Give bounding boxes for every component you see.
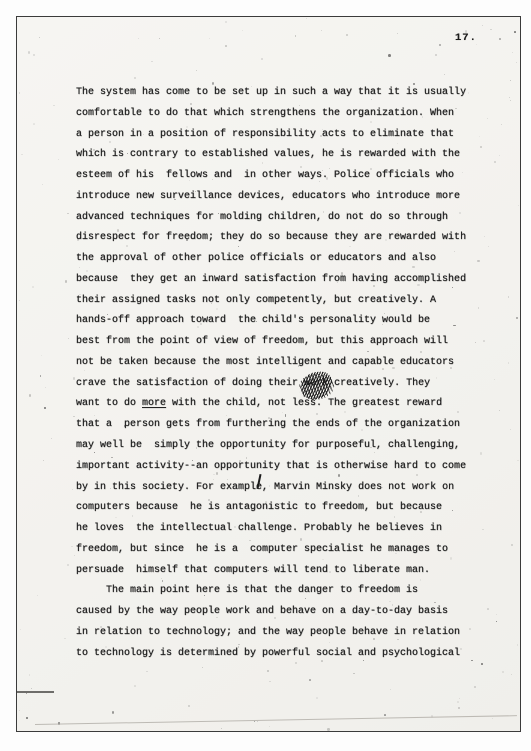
text-segment: want to do (76, 398, 142, 409)
underlined-word: more (142, 398, 166, 409)
text-line: introduce new surveillance devices, educ… (76, 187, 496, 208)
speck (390, 689, 391, 690)
speck (151, 61, 153, 63)
speck (20, 629, 21, 630)
speck (26, 717, 28, 718)
paper: 17. The system has come to be set up in … (17, 17, 520, 731)
speck (510, 100, 511, 101)
text-segment: important activity--an opportunity that … (76, 461, 466, 472)
scan-edge-line (35, 715, 517, 725)
text-segment: freedom, but since he is a computer spec… (76, 544, 448, 555)
speck (134, 77, 136, 79)
text-line: crave the satisfaction of doing their wo… (76, 374, 496, 395)
text-segment: he loves the intellectual challenge. Pro… (76, 523, 442, 534)
text-line: want to do more with the child, not less… (76, 394, 496, 415)
text-line: computers because he is antagonistic to … (76, 498, 496, 519)
speck (202, 667, 203, 668)
text-line: he loves the intellectual challenge. Pro… (76, 519, 496, 540)
speck (28, 51, 30, 53)
speck (444, 74, 445, 76)
speck (67, 213, 68, 214)
speck (516, 317, 518, 318)
speck (269, 681, 271, 682)
pen-marked-letter: e (256, 478, 262, 499)
speck (71, 546, 72, 547)
text-segment: computers because he is antagonistic to … (76, 502, 442, 513)
text-line: The main point here is that the danger t… (76, 581, 496, 602)
text-line: comfortable to do that which strengthens… (76, 104, 496, 125)
speck (112, 711, 114, 713)
text-line: a person in a position of responsibility… (76, 125, 496, 146)
text-segment: best from the point of view of freedom, … (76, 336, 448, 347)
speck (159, 38, 160, 39)
text-segment: disrespect for freedom; they do so becau… (76, 232, 466, 243)
speck (306, 18, 307, 19)
speck (510, 429, 511, 430)
speck (261, 58, 263, 60)
text-segment: The main point here is that the danger t… (76, 585, 418, 596)
speck (517, 460, 518, 461)
text-segment: because they get an inward satisfaction … (76, 274, 466, 285)
page-number: 17. (455, 32, 477, 44)
text-line: disrespect for freedom; they do so becau… (76, 228, 496, 249)
text-line: by in this society. For example, Marvin … (76, 478, 496, 499)
text-segment: their assigned tasks not only competentl… (76, 295, 436, 306)
speck (40, 375, 42, 377)
speck (29, 674, 30, 676)
speck (327, 728, 329, 730)
speck (65, 280, 67, 282)
speck (397, 33, 399, 35)
speck (37, 595, 38, 596)
text-line: best from the point of view of freedom, … (76, 332, 496, 353)
text-segment: a person in a position of responsibility… (76, 129, 454, 140)
text-segment: caused by the way people work and behave… (76, 606, 448, 617)
text-line: persuade himself that computers will ten… (76, 561, 496, 582)
speck (502, 671, 504, 673)
text-segment: The system has come to be set up in such… (76, 87, 466, 98)
text-segment: by in this society. For exampl (76, 482, 256, 493)
text-segment: crave the satisfaction of doing their (76, 378, 304, 389)
text-line: hands-off approach toward the child's pe… (76, 311, 496, 332)
speck (316, 697, 318, 699)
speck (73, 416, 75, 417)
scribbled-out-word: work (304, 374, 328, 395)
speck (33, 123, 35, 125)
speck (353, 673, 355, 675)
speck (499, 410, 500, 411)
speck (138, 38, 139, 39)
speck (309, 679, 311, 681)
text-segment: , Marvin Minsky does not work on (262, 482, 454, 493)
speck (511, 674, 512, 675)
speck (499, 38, 501, 40)
speck (474, 686, 476, 688)
text-line: not be taken because the most intelligen… (76, 353, 496, 374)
speck (321, 30, 322, 31)
text-segment: creatively. They (328, 378, 430, 389)
speck (257, 721, 258, 722)
speck (496, 621, 497, 622)
speck (517, 644, 519, 646)
speck (42, 184, 44, 185)
speck (511, 544, 513, 546)
text-segment: to technology is determined by powerful … (76, 648, 460, 659)
scanned-page: 17. The system has come to be set up in … (16, 16, 521, 732)
speck (188, 705, 190, 708)
text-segment: hands-off approach toward the child's pe… (76, 315, 430, 326)
speck (439, 44, 441, 46)
text-segment: the approval of other police officials o… (76, 253, 436, 264)
text-segment: advanced techniques for molding children… (76, 212, 448, 223)
speck (58, 159, 59, 160)
typewritten-text: The system has come to be set up in such… (76, 83, 496, 664)
text-line: advanced techniques for molding children… (76, 208, 496, 229)
speck (267, 670, 269, 673)
speck (31, 688, 32, 689)
speck (512, 52, 514, 53)
speck (225, 45, 227, 47)
text-line: may well be simply the opportunity for p… (76, 436, 496, 457)
text-segment: not be taken because the most intelligen… (76, 357, 454, 368)
speck (388, 54, 390, 57)
speck (26, 693, 27, 694)
speck (51, 438, 52, 439)
speck (225, 21, 227, 23)
speck (384, 714, 386, 716)
text-line: which is contrary to established values,… (76, 145, 496, 166)
speck (295, 35, 297, 37)
text-line: because they get an inward satisfaction … (76, 270, 496, 291)
speck (490, 29, 491, 30)
text-line: freedom, but since he is a computer spec… (76, 540, 496, 561)
speck (19, 300, 20, 301)
speck (458, 707, 460, 709)
speck (72, 489, 73, 490)
text-segment: persuade himself that computers will ten… (76, 565, 430, 576)
text-line: the approval of other police officials o… (76, 249, 496, 270)
screenshot-root: { "page": { "number": "17." }, "document… (0, 0, 531, 751)
speck (209, 38, 210, 39)
speck (19, 710, 20, 712)
speck (33, 54, 35, 55)
text-line: The system has come to be set up in such… (76, 83, 496, 104)
speck (41, 355, 42, 356)
speck (457, 701, 459, 703)
speck (509, 97, 510, 98)
speck (516, 62, 517, 63)
speck (459, 698, 460, 699)
speck (492, 718, 493, 719)
text-line: esteem of his fellows and in other ways.… (76, 166, 496, 187)
speck (242, 30, 243, 31)
speck (221, 728, 222, 729)
speck (510, 80, 511, 81)
speck (68, 338, 69, 340)
speck (21, 154, 22, 155)
speck (482, 25, 483, 27)
text-line: their assigned tasks not only competentl… (76, 291, 496, 312)
speck (508, 362, 509, 363)
text-segment: which is contrary to established values,… (76, 149, 460, 160)
speck (74, 555, 75, 556)
speck (514, 31, 516, 33)
speck (32, 286, 34, 288)
text-segment: introduce new surveillance devices, educ… (76, 191, 460, 202)
speck (508, 296, 509, 297)
speck (67, 564, 69, 566)
text-line: to technology is determined by powerful … (76, 644, 496, 665)
speck (64, 638, 66, 640)
speck (269, 726, 270, 728)
speck (346, 34, 348, 36)
speck (43, 460, 44, 461)
text-segment: may well be simply the opportunity for p… (76, 440, 460, 451)
text-segment: that a person gets from furthering the e… (76, 419, 460, 430)
speck (476, 44, 477, 45)
speck (134, 685, 136, 687)
text-segment: in relation to technology; and the way p… (76, 627, 460, 638)
speck (44, 407, 46, 409)
speck (496, 614, 497, 615)
margin-line-mark (17, 691, 54, 693)
speck (29, 394, 31, 396)
speck (53, 105, 55, 107)
speck (39, 37, 40, 38)
text-segment: with the child, not less. The greatest r… (166, 398, 442, 409)
speck (73, 377, 75, 380)
speck (518, 205, 519, 206)
text-line: in relation to technology; and the way p… (76, 623, 496, 644)
speck (146, 671, 147, 672)
text-segment: esteem of his fellows and in other ways.… (76, 170, 454, 181)
speck (45, 387, 46, 388)
text-line: that a person gets from furthering the e… (76, 415, 496, 436)
text-segment: comfortable to do that which strengthens… (76, 108, 454, 119)
text-line: caused by the way people work and behave… (76, 602, 496, 623)
speck (501, 124, 503, 125)
speck (19, 92, 20, 93)
speck (435, 54, 437, 56)
speck (499, 155, 500, 156)
text-line: important activity--an opportunity that … (76, 457, 496, 478)
speck (196, 70, 197, 71)
